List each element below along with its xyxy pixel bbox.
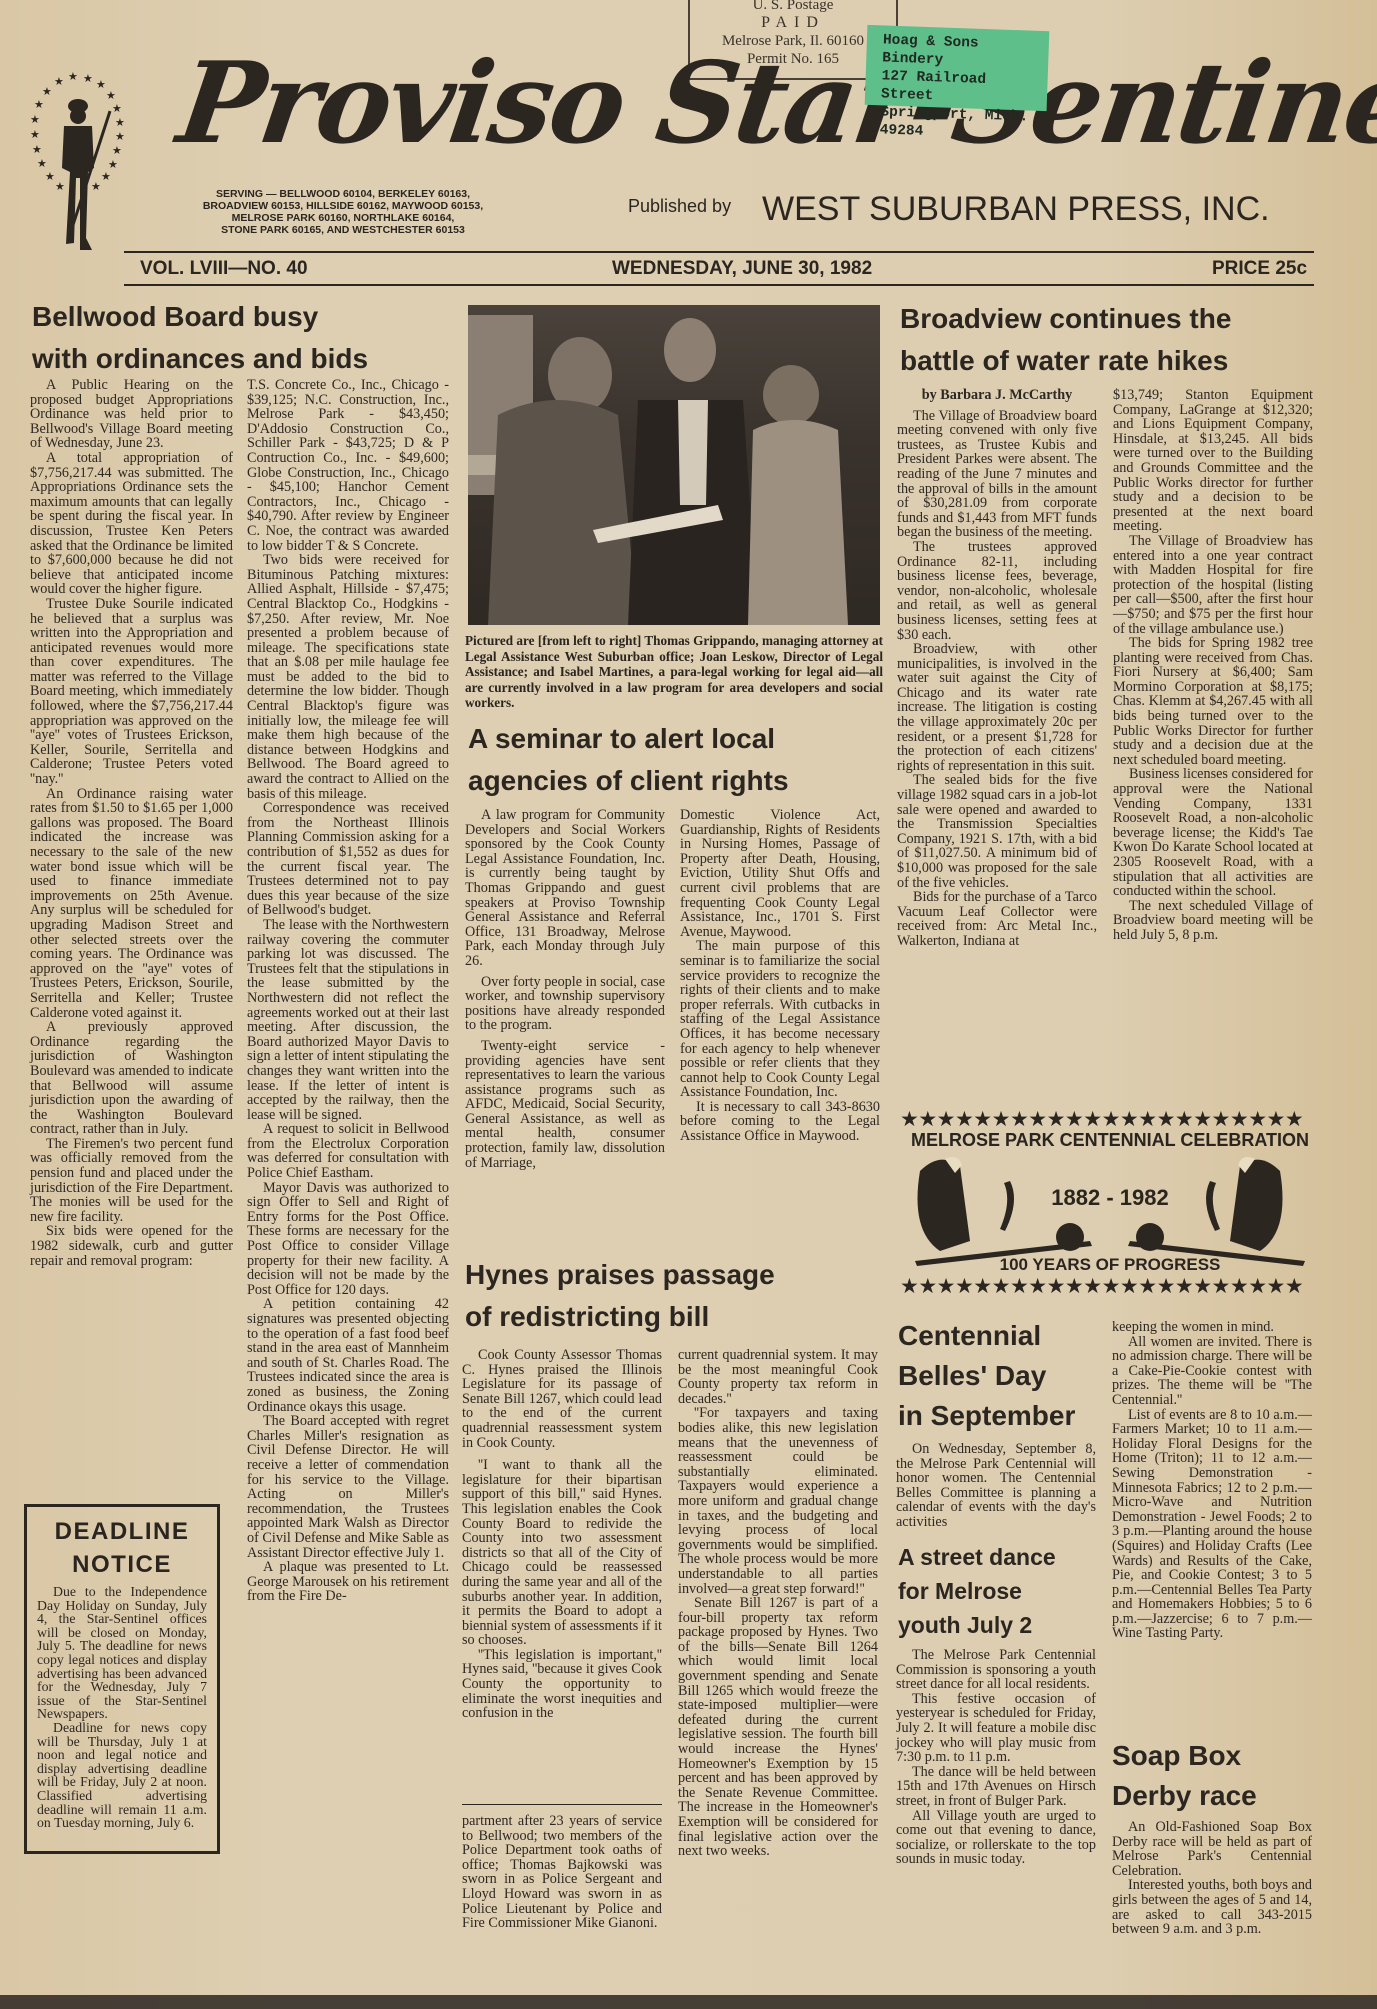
headline-line: battle of water rate hikes [900, 340, 1360, 382]
belles-column-1: On Wednesday, September 8, the Melrose P… [896, 1442, 1096, 1530]
headline-line: A street dance [898, 1540, 1108, 1574]
svg-text:★: ★ [101, 170, 111, 183]
promo-years: 1882 - 1982 [900, 1185, 1320, 1211]
centennial-promo: ★★★★★★★★★★★★★★★★★★★★★★ MELROSE PARK CENT… [900, 1108, 1320, 1297]
svg-text:★: ★ [55, 180, 65, 193]
paragraph: Senate Bill 1267 is part of a four-bill … [678, 1596, 878, 1859]
paragraph: Broadview, with other municipalities, is… [897, 642, 1097, 773]
soapbox-headline: Soap Box Derby race [1112, 1736, 1322, 1816]
headline-line: Bellwood Board busy [32, 296, 452, 338]
service-area-line: SERVING — BELLWOOD 60104, BERKELEY 60163… [178, 188, 508, 200]
paragraph: The main purpose of this seminar is to f… [680, 939, 880, 1100]
paragraph: keeping the women in mind. [1112, 1320, 1312, 1335]
street-dance-body: The Melrose Park Centennial Commission i… [896, 1648, 1096, 1867]
paragraph: Correspondence was received from the Nor… [247, 801, 449, 918]
svg-text:★: ★ [112, 102, 122, 115]
mailing-label: Hoag & Sons Bindery 127 Railroad Street … [865, 25, 1050, 111]
svg-text:★: ★ [54, 75, 64, 88]
photo-people-icon [468, 305, 880, 625]
seminar-article-headline: A seminar to alert local agencies of cli… [468, 718, 888, 802]
price: PRICE 25c [1212, 258, 1307, 280]
headline-line: for Melrose [898, 1574, 1108, 1608]
paragraph: $13,749; Stanton Equipment Company, LaGr… [1113, 388, 1313, 534]
paragraph: Six bids were opened for the 1982 sidewa… [30, 1224, 233, 1268]
service-area-line: STONE PARK 60165, AND WESTCHESTER 60153 [178, 224, 508, 236]
paragraph: current quadrennial system. It may be th… [678, 1348, 878, 1406]
headline-line: Belles' Day [898, 1356, 1108, 1396]
photo-caption: Pictured are [from left to right] Thomas… [465, 633, 883, 711]
promo-tagline: 100 YEARS OF PROGRESS [900, 1255, 1320, 1275]
paragraph: The sealed bids for the five village 198… [897, 773, 1097, 890]
svg-text:★: ★ [42, 85, 52, 98]
hynes-article-headline: Hynes praises passage of redistricting b… [465, 1254, 885, 1338]
headline-line: with ordinances and bids [32, 338, 452, 380]
paragraph: partment after 23 years of service to Be… [462, 1814, 662, 1931]
paragraph: ''I want to thank all the legislature fo… [462, 1458, 662, 1648]
paragraph: Trustee Duke Sourile indicated he believ… [30, 597, 233, 787]
paragraph: It is necessary to call 343-8630 before … [680, 1100, 880, 1144]
paragraph: Due to the Independence Day Holiday on S… [37, 1585, 207, 1721]
masthead-rule-top [124, 251, 1314, 253]
paragraph: The dance will be held between 15th and … [896, 1765, 1096, 1809]
paragraph: Mayor Davis was authorized to sign Offer… [247, 1181, 449, 1298]
paragraph: An Ordinance raising water rates from $1… [30, 787, 233, 1021]
star-border-top-icon: ★★★★★★★★★★★★★★★★★★★★★★ [900, 1108, 1320, 1130]
svg-text:★: ★ [68, 70, 78, 83]
broadview-column-2: $13,749; Stanton Equipment Company, LaGr… [1113, 388, 1313, 943]
headline-line: in September [898, 1396, 1108, 1436]
paragraph: All Village youth are urged to come out … [896, 1809, 1096, 1867]
service-area-line: MELROSE PARK 60160, NORTHLAKE 60164, [178, 212, 508, 224]
bellwood-column-2: T.S. Concrete Co., Inc., Chicago - $39,1… [247, 378, 449, 1604]
paragraph: List of events are 8 to 10 a.m.—Farmers … [1112, 1408, 1312, 1642]
deadline-notice-box: DEADLINE NOTICE Due to the Independence … [24, 1504, 220, 1854]
paragraph: All women are invited. There is no admis… [1112, 1335, 1312, 1408]
paragraph: A previously approved Ordinance regardin… [30, 1020, 233, 1137]
headline-line: Derby race [1112, 1776, 1322, 1816]
svg-text:★: ★ [34, 98, 44, 111]
paragraph: ''This legislation is important,'' Hynes… [462, 1648, 662, 1721]
headline-line: Centennial [898, 1316, 1108, 1356]
paragraph: ''For taxpayers and taxing bodies alike,… [678, 1406, 878, 1596]
paragraph: A total appropriation of $7,756,217.44 w… [30, 451, 233, 597]
headline-line: Hynes praises passage [465, 1254, 885, 1296]
svg-text:★: ★ [96, 78, 106, 91]
paragraph: The Board accepted with regret Charles M… [247, 1414, 449, 1560]
stamp-paid: PAID [690, 14, 896, 32]
bellwood-column-1: A Public Hearing on the proposed budget … [30, 378, 233, 1268]
paragraph: The bids for Spring 1982 tree planting w… [1113, 636, 1313, 767]
street-dance-headline: A street dance for Melrose youth July 2 [898, 1540, 1108, 1642]
paragraph: An Old-Fashioned Soap Box Derby race wil… [1112, 1820, 1312, 1878]
paragraph: The Village of Broadview board meeting c… [897, 409, 1097, 540]
byline: by Barbara J. McCarthy [897, 388, 1097, 403]
issue-date: WEDNESDAY, JUNE 30, 1982 [612, 258, 872, 280]
label-line1: Hoag & Sons Bindery [882, 31, 1033, 72]
svg-text:★: ★ [115, 116, 125, 129]
promo-title: MELROSE PARK CENTENNIAL CELEBRATION [900, 1130, 1320, 1151]
svg-text:★: ★ [30, 113, 40, 126]
deadline-notice-title-2: NOTICE [37, 1548, 207, 1581]
bellwood-article-headline: Bellwood Board busy with ordinances and … [32, 296, 452, 380]
newspaper-title: Proviso Star-Sentinel [171, 38, 1377, 169]
paragraph: T.S. Concrete Co., Inc., Chicago - $39,1… [247, 378, 449, 553]
label-line3: Springport, Mich. 49284 [879, 103, 1030, 144]
published-by-label: Published by [628, 196, 731, 217]
paragraph: Domestic Violence Act, Guardianship, Rig… [680, 808, 880, 939]
paragraph: A petition containing 42 signatures was … [247, 1297, 449, 1414]
broadview-column-1: by Barbara J. McCarthy The Village of Br… [897, 388, 1097, 949]
svg-text:★: ★ [106, 89, 116, 102]
paragraph: Cook County Assessor Thomas C. Hynes pra… [462, 1348, 662, 1450]
paragraph: Business licenses considered for approva… [1113, 767, 1313, 898]
paragraph: The next scheduled Village of Broadview … [1113, 899, 1313, 943]
stamp-line1: U. S. Postage [690, 0, 896, 14]
belles-column-2: keeping the women in mind. All women are… [1112, 1320, 1312, 1641]
service-area: SERVING — BELLWOOD 60104, BERKELEY 60163… [178, 188, 508, 236]
seminar-column-2: Domestic Violence Act, Guardianship, Rig… [680, 808, 880, 1144]
paragraph: Deadline for news copy will be Thursday,… [37, 1721, 207, 1830]
paragraph: The Village of Broadview has entered int… [1113, 534, 1313, 636]
headline-line: of redistricting bill [465, 1296, 885, 1338]
headline-line: Soap Box [1112, 1736, 1322, 1776]
soapbox-body: An Old-Fashioned Soap Box Derby race wil… [1112, 1820, 1312, 1937]
bellwood-continuation: partment after 23 years of service to Be… [462, 1814, 662, 1931]
broadview-article-headline: Broadview continues the battle of water … [900, 298, 1360, 382]
paragraph: This festive occasion of yesteryear is s… [896, 1692, 1096, 1765]
paragraph: Two bids were received for Bituminous Pa… [247, 553, 449, 801]
star-border-bottom-icon: ★★★★★★★★★★★★★★★★★★★★★★ [900, 1275, 1320, 1297]
headline-line: Broadview continues the [900, 298, 1360, 340]
publisher-name: WEST SUBURBAN PRESS, INC. [762, 190, 1270, 229]
newspaper-page: U. S. Postage PAID Melrose Park, Il. 601… [0, 0, 1377, 2009]
masthead-rule-bottom [124, 284, 1314, 286]
paragraph: Twenty-eight service - providing agencie… [465, 1039, 665, 1170]
seminar-column-1: A law program for Community Developers a… [465, 808, 665, 1170]
hynes-column-2: current quadrennial system. It may be th… [678, 1348, 878, 1859]
volume-number: VOL. LVIII—NO. 40 [140, 258, 308, 280]
svg-text:★: ★ [115, 130, 125, 143]
svg-text:★: ★ [37, 157, 47, 170]
svg-text:★: ★ [32, 143, 42, 156]
news-photo [468, 305, 880, 625]
paragraph: The Melrose Park Centennial Commission i… [896, 1648, 1096, 1692]
paragraph: A law program for Community Developers a… [465, 808, 665, 969]
headline-line: youth July 2 [898, 1608, 1108, 1642]
paragraph: A Public Hearing on the proposed budget … [30, 378, 233, 451]
svg-text:★: ★ [91, 180, 101, 193]
svg-text:★: ★ [45, 170, 55, 183]
deadline-notice-body: Due to the Independence Day Holiday on S… [37, 1585, 207, 1830]
paragraph: The lease with the Northwestern railway … [247, 918, 449, 1122]
continuation-divider [462, 1804, 662, 1805]
svg-text:★: ★ [83, 72, 93, 85]
paragraph: Interested youths, both boys and girls b… [1112, 1878, 1312, 1936]
promo-emblem: 1882 - 1982 100 YEARS OF PROGRESS [900, 1151, 1320, 1275]
paragraph: On Wednesday, September 8, the Melrose P… [896, 1442, 1096, 1530]
svg-text:★: ★ [30, 128, 40, 141]
paragraph: The Firemen's two percent fund was offic… [30, 1137, 233, 1225]
minuteman-star-logo-icon: ★★★★ ★★★★ ★★★★ ★★★★ ★★★★ [28, 68, 128, 278]
svg-text:★: ★ [112, 144, 122, 157]
hynes-column-1: Cook County Assessor Thomas C. Hynes pra… [462, 1348, 662, 1721]
paragraph: A plaque was presented to Lt. George Mar… [247, 1560, 449, 1604]
deadline-notice-title-1: DEADLINE [37, 1515, 207, 1548]
headline-line: A seminar to alert local [468, 718, 888, 760]
paragraph: Over forty people in social, case worker… [465, 975, 665, 1033]
paragraph: The trustees approved Ordinance 82-11, i… [897, 540, 1097, 642]
headline-line: agencies of client rights [468, 760, 888, 802]
label-line2: 127 Railroad Street [881, 67, 1032, 108]
paragraph: Bids for the purchase of a Tarco Vacuum … [897, 890, 1097, 948]
paragraph: A request to solicit in Bellwood from th… [247, 1122, 449, 1180]
page-bottom-edge [0, 1995, 1377, 2009]
belles-article-headline: Centennial Belles' Day in September [898, 1316, 1108, 1436]
service-area-line: BROADVIEW 60153, HILLSIDE 60162, MAYWOOD… [178, 200, 508, 212]
